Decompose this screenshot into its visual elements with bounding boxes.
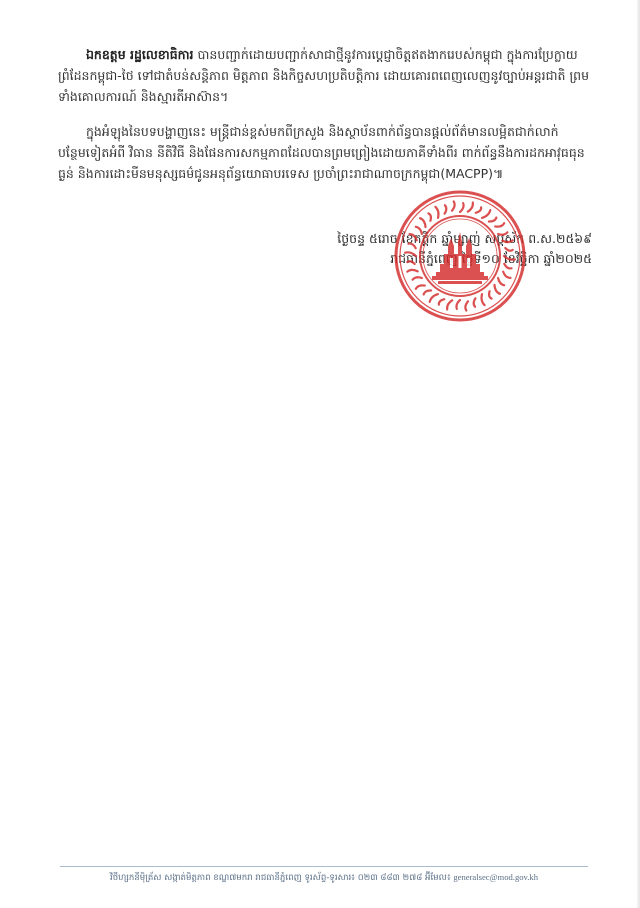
paragraph-2: ក្នុងអំឡុងនៃបទបង្ហាញនេះ មន្ត្រីជាន់ខ្ពស់… xyxy=(86,121,586,184)
paragraph-1-lead: ឯកឧត្តម រដ្ឋលេខាធិការ xyxy=(86,47,194,62)
paragraph-1-text-1: បានបញ្ជាក់ដោយបញ្ជាក់សាជាថ្មីនូវការប្ដេជ្… xyxy=(198,47,578,62)
paragraph-1-line-2: ព្រំដែនកម្ពុជា-ថៃ ទៅជាតំបន់សន្តិភាព មិត្… xyxy=(58,65,586,86)
footer-address: វិថីហ្សកនីម៉ិត្រ័ស សង្កាត់មិត្តភាព ខណ្ឌ៧… xyxy=(110,873,453,883)
paragraph-1-line-1: ឯកឧត្តម រដ្ឋលេខាធិការ បានបញ្ជាក់ដោយបញ្ជា… xyxy=(86,44,586,65)
footer-divider xyxy=(60,866,588,867)
paragraph-1: ឯកឧត្តម រដ្ឋលេខាធិការ បានបញ្ជាក់ដោយបញ្ជា… xyxy=(86,44,586,107)
paragraph-1-line-3: ទាំងគោលការណ៍ និងស្មារតីអាស៊ាន។ xyxy=(58,86,586,107)
footer-contact: វិថីហ្សកនីម៉ិត្រ័ស សង្កាត់មិត្តភាព ខណ្ឌ៧… xyxy=(60,870,588,885)
official-seal-icon xyxy=(392,188,528,324)
paragraph-2-line-2: បន្ថែមទៀតអំពី វិធាន នីតិវិធី និងផែនការសក… xyxy=(58,142,586,163)
footer-email-link[interactable]: generalsec@mod.gov.kh xyxy=(453,872,538,882)
paragraph-2-line-3: ធ្ងន់ និងការដោះមីនមនុស្សធម៌ជូនអនុព័ន្ធយោ… xyxy=(58,163,586,184)
paragraph-2-line-1: ក្នុងអំឡុងនៃបទបង្ហាញនេះ មន្ត្រីជាន់ខ្ពស់… xyxy=(86,121,586,142)
